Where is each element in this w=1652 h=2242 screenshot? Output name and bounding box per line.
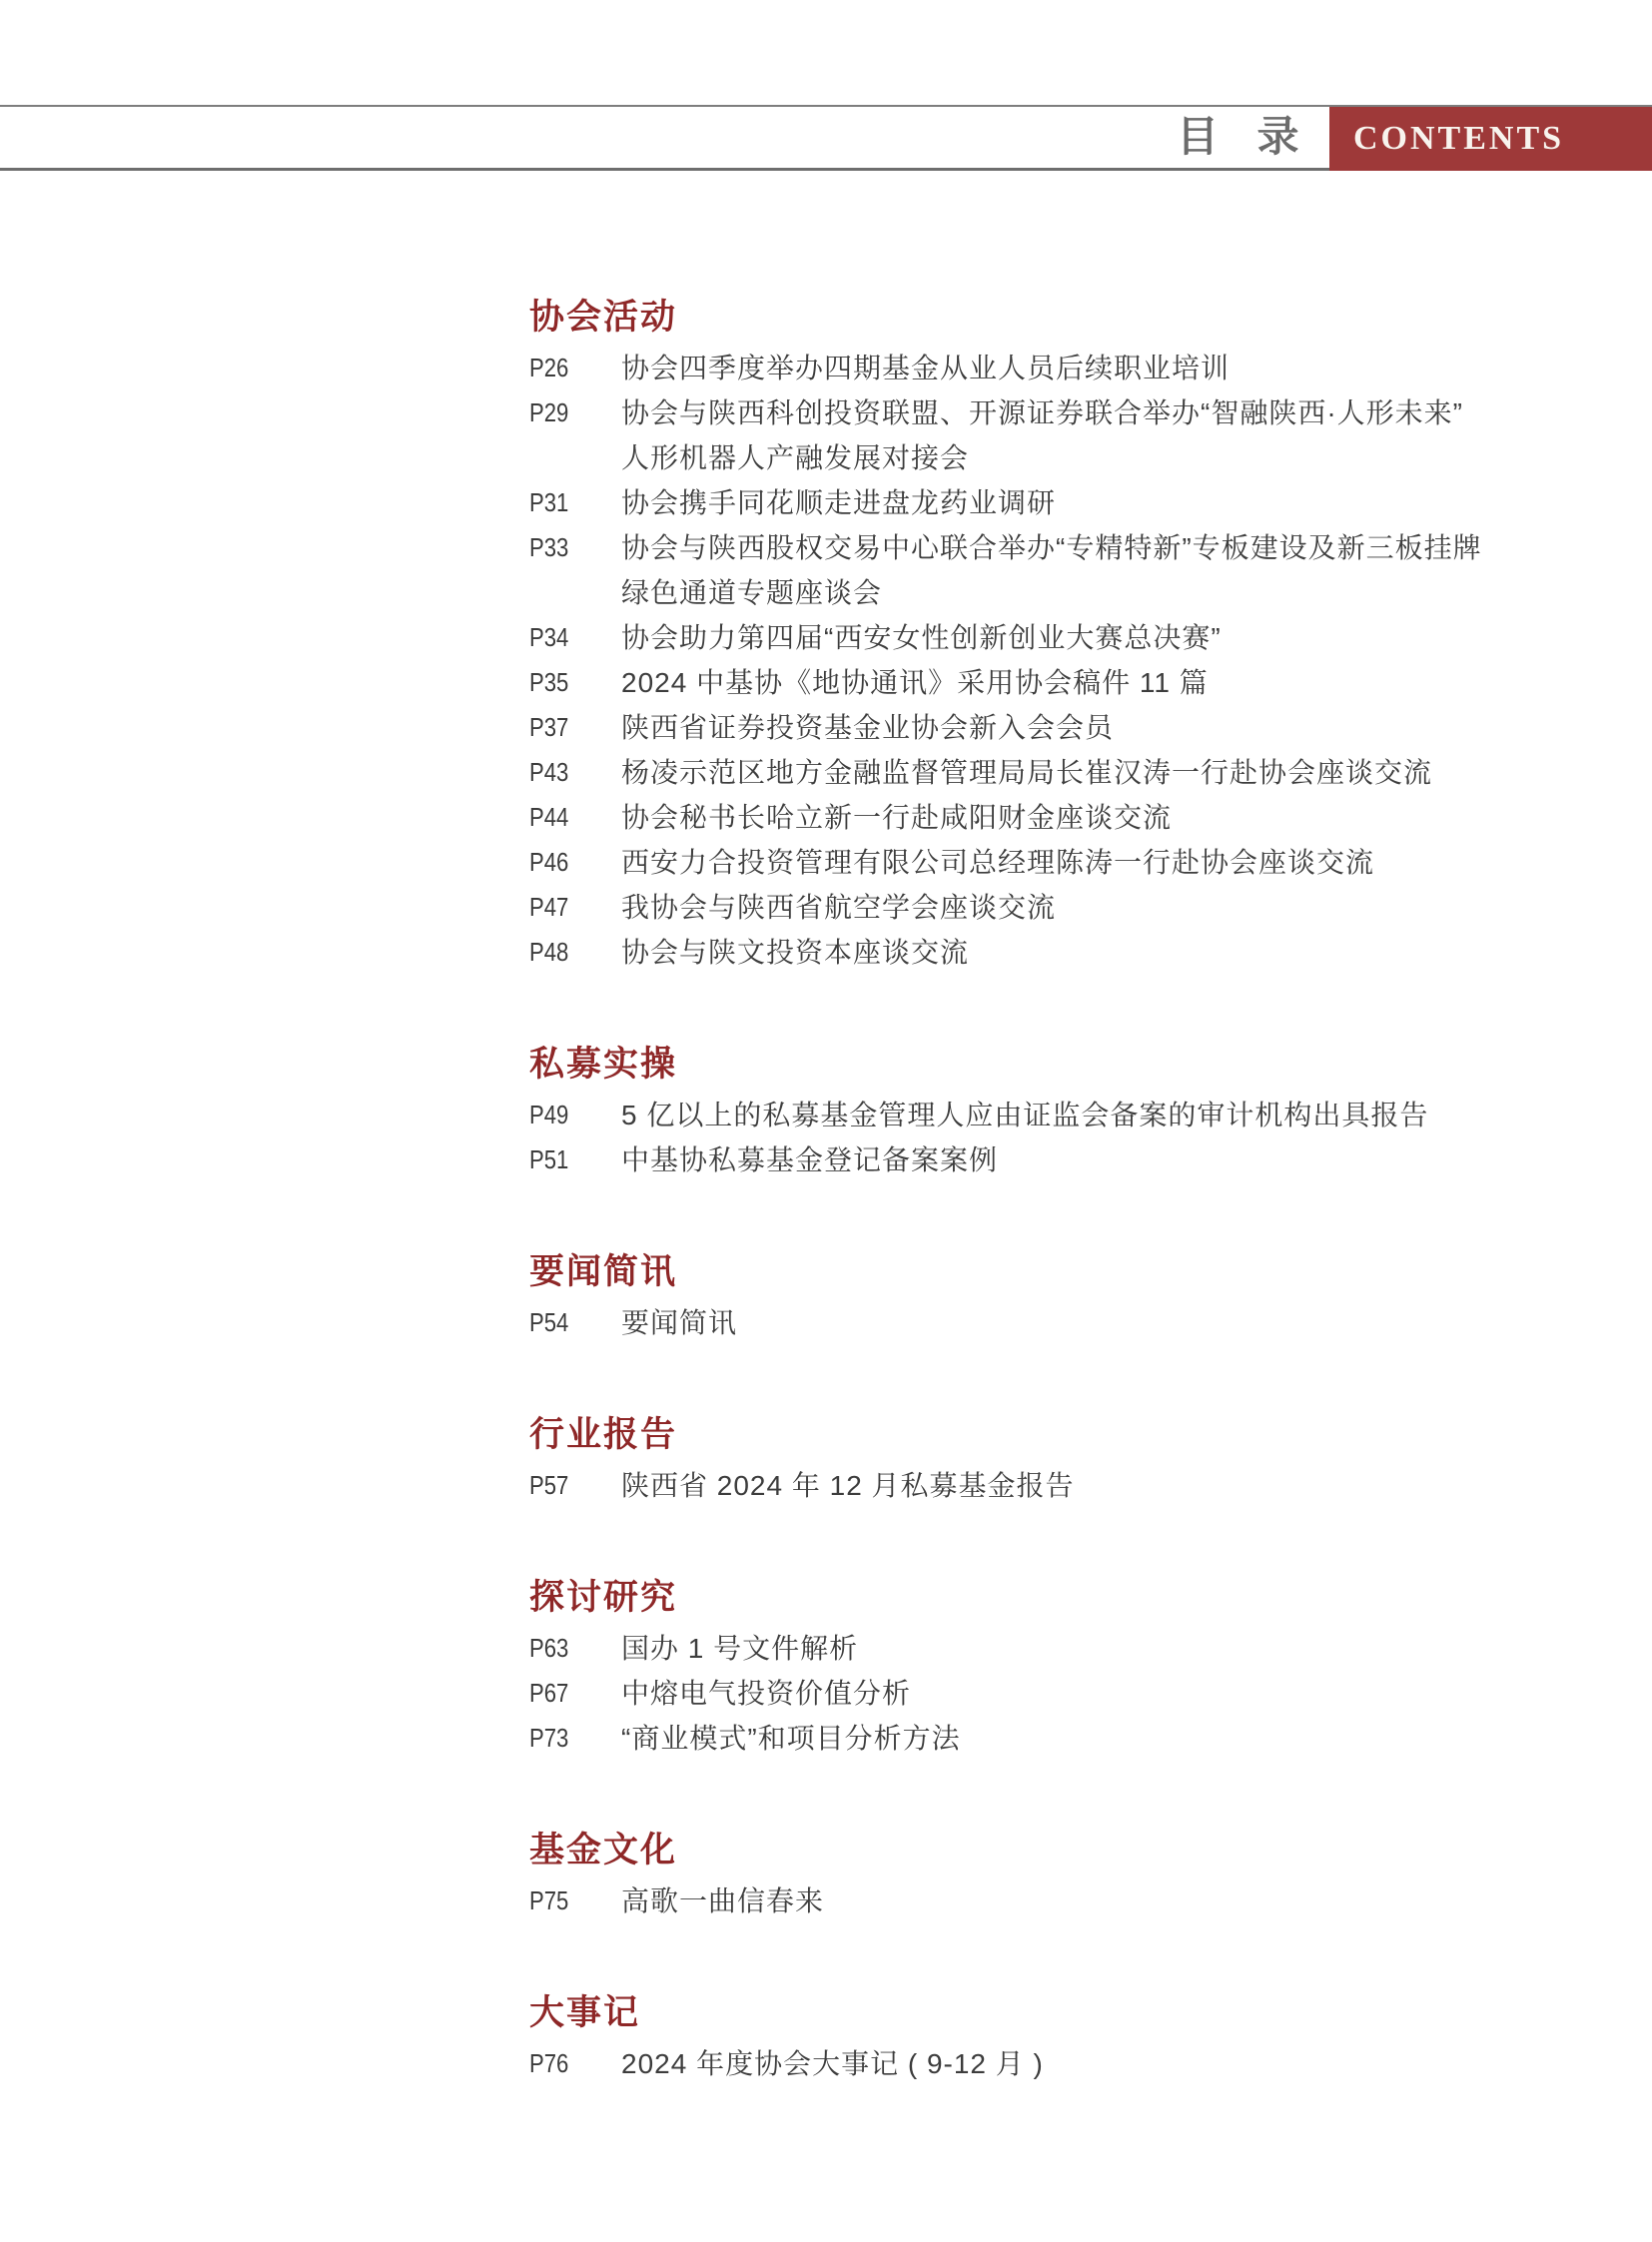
item-lines: 协会与陕文投资本座谈交流 xyxy=(621,930,1558,975)
item-lines: 协会携手同花顺走进盘龙药业调研 xyxy=(621,480,1558,525)
page-number: P54 xyxy=(529,1300,607,1345)
toc-section: 要闻简讯P54要闻简讯 xyxy=(529,1254,1558,1345)
item-text: 我协会与陕西省航空学会座谈交流 xyxy=(621,885,1558,930)
section-title: 协会活动 xyxy=(529,300,1558,336)
toc-item: P75高歌一曲信春来 xyxy=(529,1878,1558,1923)
item-text: 西安力合投资管理有限公司总经理陈涛一行赴协会座谈交流 xyxy=(621,840,1558,885)
item-text: 杨凌示范区地方金融监督管理局局长崔汉涛一行赴协会座谈交流 xyxy=(621,750,1558,795)
page-number: P34 xyxy=(529,615,607,660)
item-lines: 5 亿以上的私募基金管理人应由证监会备案的审计机构出具报告 xyxy=(621,1093,1558,1137)
item-lines: 国办 1 号文件解析 xyxy=(621,1626,1558,1671)
item-text: 协会与陕西股权交易中心联合举办“专精特新”专板建设及新三板挂牌 xyxy=(621,525,1558,570)
page-number: P48 xyxy=(529,930,607,975)
toc-section: 协会活动P26协会四季度举办四期基金从业人员后续职业培训P29协会与陕西科创投资… xyxy=(529,300,1558,975)
item-text: 5 亿以上的私募基金管理人应由证监会备案的审计机构出具报告 xyxy=(621,1093,1558,1137)
toc-item: P43杨凌示范区地方金融监督管理局局长崔汉涛一行赴协会座谈交流 xyxy=(529,750,1558,795)
toc-item: P46西安力合投资管理有限公司总经理陈涛一行赴协会座谈交流 xyxy=(529,840,1558,885)
item-lines: 中熔电气投资价值分析 xyxy=(621,1671,1558,1716)
toc-item: P57陕西省 2024 年 12 月私募基金报告 xyxy=(529,1463,1558,1508)
item-text: 中基协私募基金登记备案案例 xyxy=(621,1137,1558,1182)
item-text: 高歌一曲信春来 xyxy=(621,1878,1558,1923)
item-lines: 要闻简讯 xyxy=(621,1300,1558,1345)
item-lines: 协会四季度举办四期基金从业人员后续职业培训 xyxy=(621,346,1558,390)
toc-item: P63国办 1 号文件解析 xyxy=(529,1626,1558,1671)
item-lines: 协会与陕西科创投资联盟、开源证券联合举办“智融陕西·人形未来”人形机器人产融发展… xyxy=(621,390,1558,480)
item-text: “商业模式”和项目分析方法 xyxy=(621,1716,1558,1761)
item-text: 人形机器人产融发展对接会 xyxy=(621,435,1558,480)
toc-item: P51中基协私募基金登记备案案例 xyxy=(529,1137,1558,1182)
item-text: 协会四季度举办四期基金从业人员后续职业培训 xyxy=(621,346,1558,390)
toc-section: 行业报告P57陕西省 2024 年 12 月私募基金报告 xyxy=(529,1417,1558,1508)
page-number: P51 xyxy=(529,1137,607,1182)
item-lines: 协会秘书长哈立新一行赴咸阳财金座谈交流 xyxy=(621,795,1558,840)
item-text: 2024 中基协《地协通讯》采用协会稿件 11 篇 xyxy=(621,660,1558,705)
item-lines: 2024 中基协《地协通讯》采用协会稿件 11 篇 xyxy=(621,660,1558,705)
toc-item: P47我协会与陕西省航空学会座谈交流 xyxy=(529,885,1558,930)
toc-item: P67中熔电气投资价值分析 xyxy=(529,1671,1558,1716)
contents-banner: CONTENTS xyxy=(1329,107,1652,171)
item-lines: 协会与陕西股权交易中心联合举办“专精特新”专板建设及新三板挂牌绿色通道专题座谈会 xyxy=(621,525,1558,615)
item-lines: 陕西省 2024 年 12 月私募基金报告 xyxy=(621,1463,1558,1508)
toc-item: P44协会秘书长哈立新一行赴咸阳财金座谈交流 xyxy=(529,795,1558,840)
item-lines: 西安力合投资管理有限公司总经理陈涛一行赴协会座谈交流 xyxy=(621,840,1558,885)
page-number: P33 xyxy=(529,525,607,570)
item-lines: 2024 年度协会大事记 ( 9-12 月 ) xyxy=(621,2041,1558,2086)
item-lines: 中基协私募基金登记备案案例 xyxy=(621,1137,1558,1182)
toc-sections: 协会活动P26协会四季度举办四期基金从业人员后续职业培训P29协会与陕西科创投资… xyxy=(529,300,1558,2086)
page-number: P67 xyxy=(529,1671,607,1716)
toc-item: P31协会携手同花顺走进盘龙药业调研 xyxy=(529,480,1558,525)
item-lines: 高歌一曲信春来 xyxy=(621,1878,1558,1923)
page-number: P49 xyxy=(529,1093,607,1137)
page-title-chinese: 目 录 xyxy=(1177,107,1299,168)
section-title: 大事记 xyxy=(529,1995,1558,2031)
section-title: 基金文化 xyxy=(529,1833,1558,1868)
page-number: P75 xyxy=(529,1878,607,1923)
page-number: P35 xyxy=(529,660,607,705)
toc-section: 探讨研究P63国办 1 号文件解析P67中熔电气投资价值分析P73“商业模式”和… xyxy=(529,1580,1558,1761)
item-text: 协会秘书长哈立新一行赴咸阳财金座谈交流 xyxy=(621,795,1558,840)
toc-item: P73“商业模式”和项目分析方法 xyxy=(529,1716,1558,1761)
item-text: 协会助力第四届“西安女性创新创业大赛总决赛” xyxy=(621,615,1558,660)
toc-section: 基金文化P75高歌一曲信春来 xyxy=(529,1833,1558,1923)
section-title: 私募实操 xyxy=(529,1047,1558,1083)
page-number: P31 xyxy=(529,480,607,525)
item-lines: 陕西省证券投资基金业协会新入会会员 xyxy=(621,705,1558,750)
toc-item: P352024 中基协《地协通讯》采用协会稿件 11 篇 xyxy=(529,660,1558,705)
page-number: P76 xyxy=(529,2041,607,2086)
item-lines: 杨凌示范区地方金融监督管理局局长崔汉涛一行赴协会座谈交流 xyxy=(621,750,1558,795)
item-lines: 我协会与陕西省航空学会座谈交流 xyxy=(621,885,1558,930)
toc-item: P29协会与陕西科创投资联盟、开源证券联合举办“智融陕西·人形未来”人形机器人产… xyxy=(529,390,1558,480)
item-text: 要闻简讯 xyxy=(621,1300,1558,1345)
item-text: 2024 年度协会大事记 ( 9-12 月 ) xyxy=(621,2041,1558,2086)
item-text: 国办 1 号文件解析 xyxy=(621,1626,1558,1671)
toc-item: P26协会四季度举办四期基金从业人员后续职业培训 xyxy=(529,346,1558,390)
page-number: P57 xyxy=(529,1463,607,1508)
page-number: P26 xyxy=(529,346,607,390)
toc-item: P33协会与陕西股权交易中心联合举办“专精特新”专板建设及新三板挂牌绿色通道专题… xyxy=(529,525,1558,615)
page-number: P29 xyxy=(529,390,607,435)
item-lines: “商业模式”和项目分析方法 xyxy=(621,1716,1558,1761)
page-number: P43 xyxy=(529,750,607,795)
item-text: 绿色通道专题座谈会 xyxy=(621,570,1558,615)
toc-item: P48协会与陕文投资本座谈交流 xyxy=(529,930,1558,975)
toc-section: 大事记P762024 年度协会大事记 ( 9-12 月 ) xyxy=(529,1995,1558,2086)
page-number: P73 xyxy=(529,1716,607,1761)
item-text: 陕西省 2024 年 12 月私募基金报告 xyxy=(621,1463,1558,1508)
toc-item: P495 亿以上的私募基金管理人应由证监会备案的审计机构出具报告 xyxy=(529,1093,1558,1137)
toc-item: P54要闻简讯 xyxy=(529,1300,1558,1345)
item-text: 陕西省证券投资基金业协会新入会会员 xyxy=(621,705,1558,750)
page-number: P44 xyxy=(529,795,607,840)
item-text: 协会与陕西科创投资联盟、开源证券联合举办“智融陕西·人形未来” xyxy=(621,390,1558,435)
page-number: P37 xyxy=(529,705,607,750)
toc-section: 私募实操P495 亿以上的私募基金管理人应由证监会备案的审计机构出具报告P51中… xyxy=(529,1047,1558,1182)
item-lines: 协会助力第四届“西安女性创新创业大赛总决赛” xyxy=(621,615,1558,660)
item-text: 协会与陕文投资本座谈交流 xyxy=(621,930,1558,975)
section-title: 要闻简讯 xyxy=(529,1254,1558,1290)
toc-item: P34协会助力第四届“西安女性创新创业大赛总决赛” xyxy=(529,615,1558,660)
page-number: P47 xyxy=(529,885,607,930)
item-text: 中熔电气投资价值分析 xyxy=(621,1671,1558,1716)
page-number: P63 xyxy=(529,1626,607,1671)
toc-item: P37陕西省证券投资基金业协会新入会会员 xyxy=(529,705,1558,750)
page-number: P46 xyxy=(529,840,607,885)
section-title: 探讨研究 xyxy=(529,1580,1558,1616)
toc-item: P762024 年度协会大事记 ( 9-12 月 ) xyxy=(529,2041,1558,2086)
section-title: 行业报告 xyxy=(529,1417,1558,1453)
item-text: 协会携手同花顺走进盘龙药业调研 xyxy=(621,480,1558,525)
